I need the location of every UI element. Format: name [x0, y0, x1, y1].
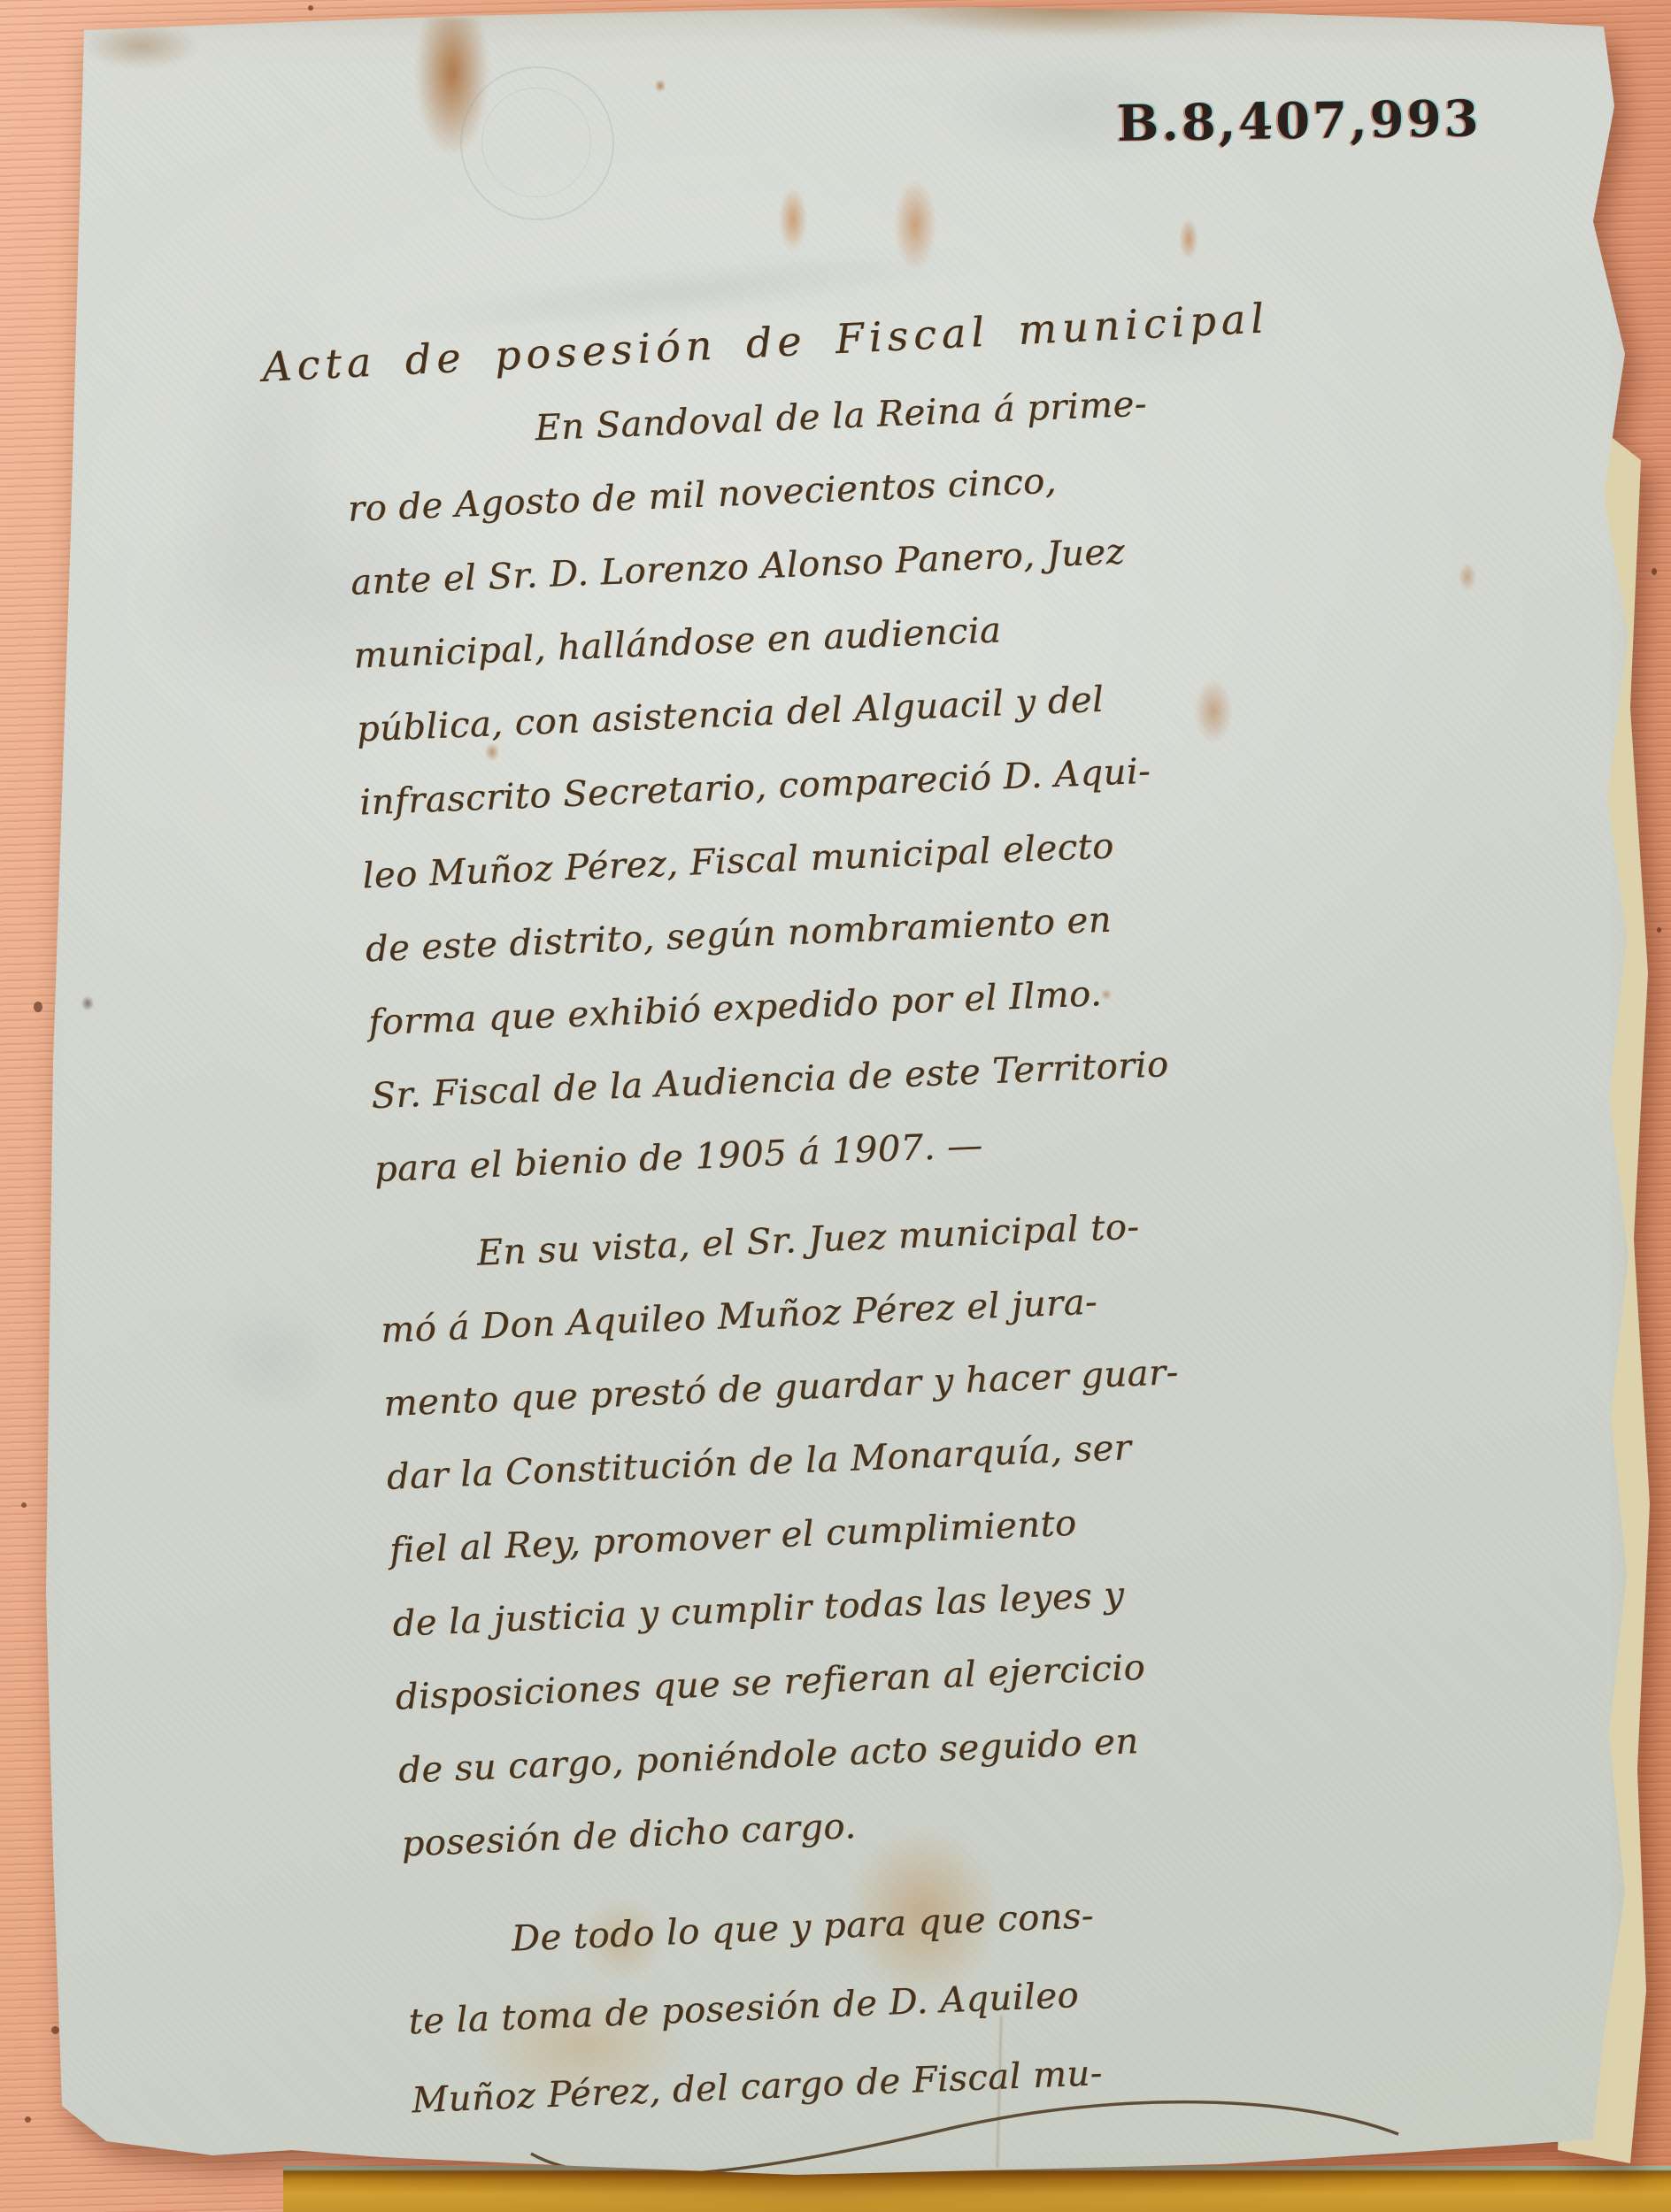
- paragraph: En Sandoval de la Reina á prime- ro de A…: [343, 369, 1154, 1208]
- photo: B.8,407,993 Acta de posesión de Fiscal m…: [0, 0, 1671, 2212]
- stain: [1459, 563, 1476, 591]
- stain: [894, 179, 936, 271]
- paragraph: De todo lo que y para que cons- te la to…: [404, 1873, 1191, 2140]
- stain: [81, 996, 94, 1010]
- embossed-seal: [460, 66, 614, 220]
- stain: [885, 0, 1266, 35]
- pencil-smudge: [151, 273, 371, 673]
- stain: [1195, 680, 1232, 743]
- manuscript-text: En Sandoval de la Reina á prime- ro de A…: [343, 369, 1191, 2141]
- stain: [1179, 218, 1198, 260]
- paper-stack: B.8,407,993 Acta de posesión de Fiscal m…: [0, 0, 1671, 2212]
- stain: [84, 23, 199, 69]
- paragraph: En su vista, el Sr. Juez municipal to- m…: [376, 1190, 1181, 1882]
- serial-number-stamp: B.8,407,993: [1117, 89, 1482, 153]
- stain: [655, 80, 666, 92]
- embossed-seal-inner: [481, 88, 591, 197]
- document-page: B.8,407,993 Acta de posesión de Fiscal m…: [0, 0, 1671, 2212]
- pencil-smudge: [199, 1301, 341, 1416]
- stain: [779, 188, 807, 251]
